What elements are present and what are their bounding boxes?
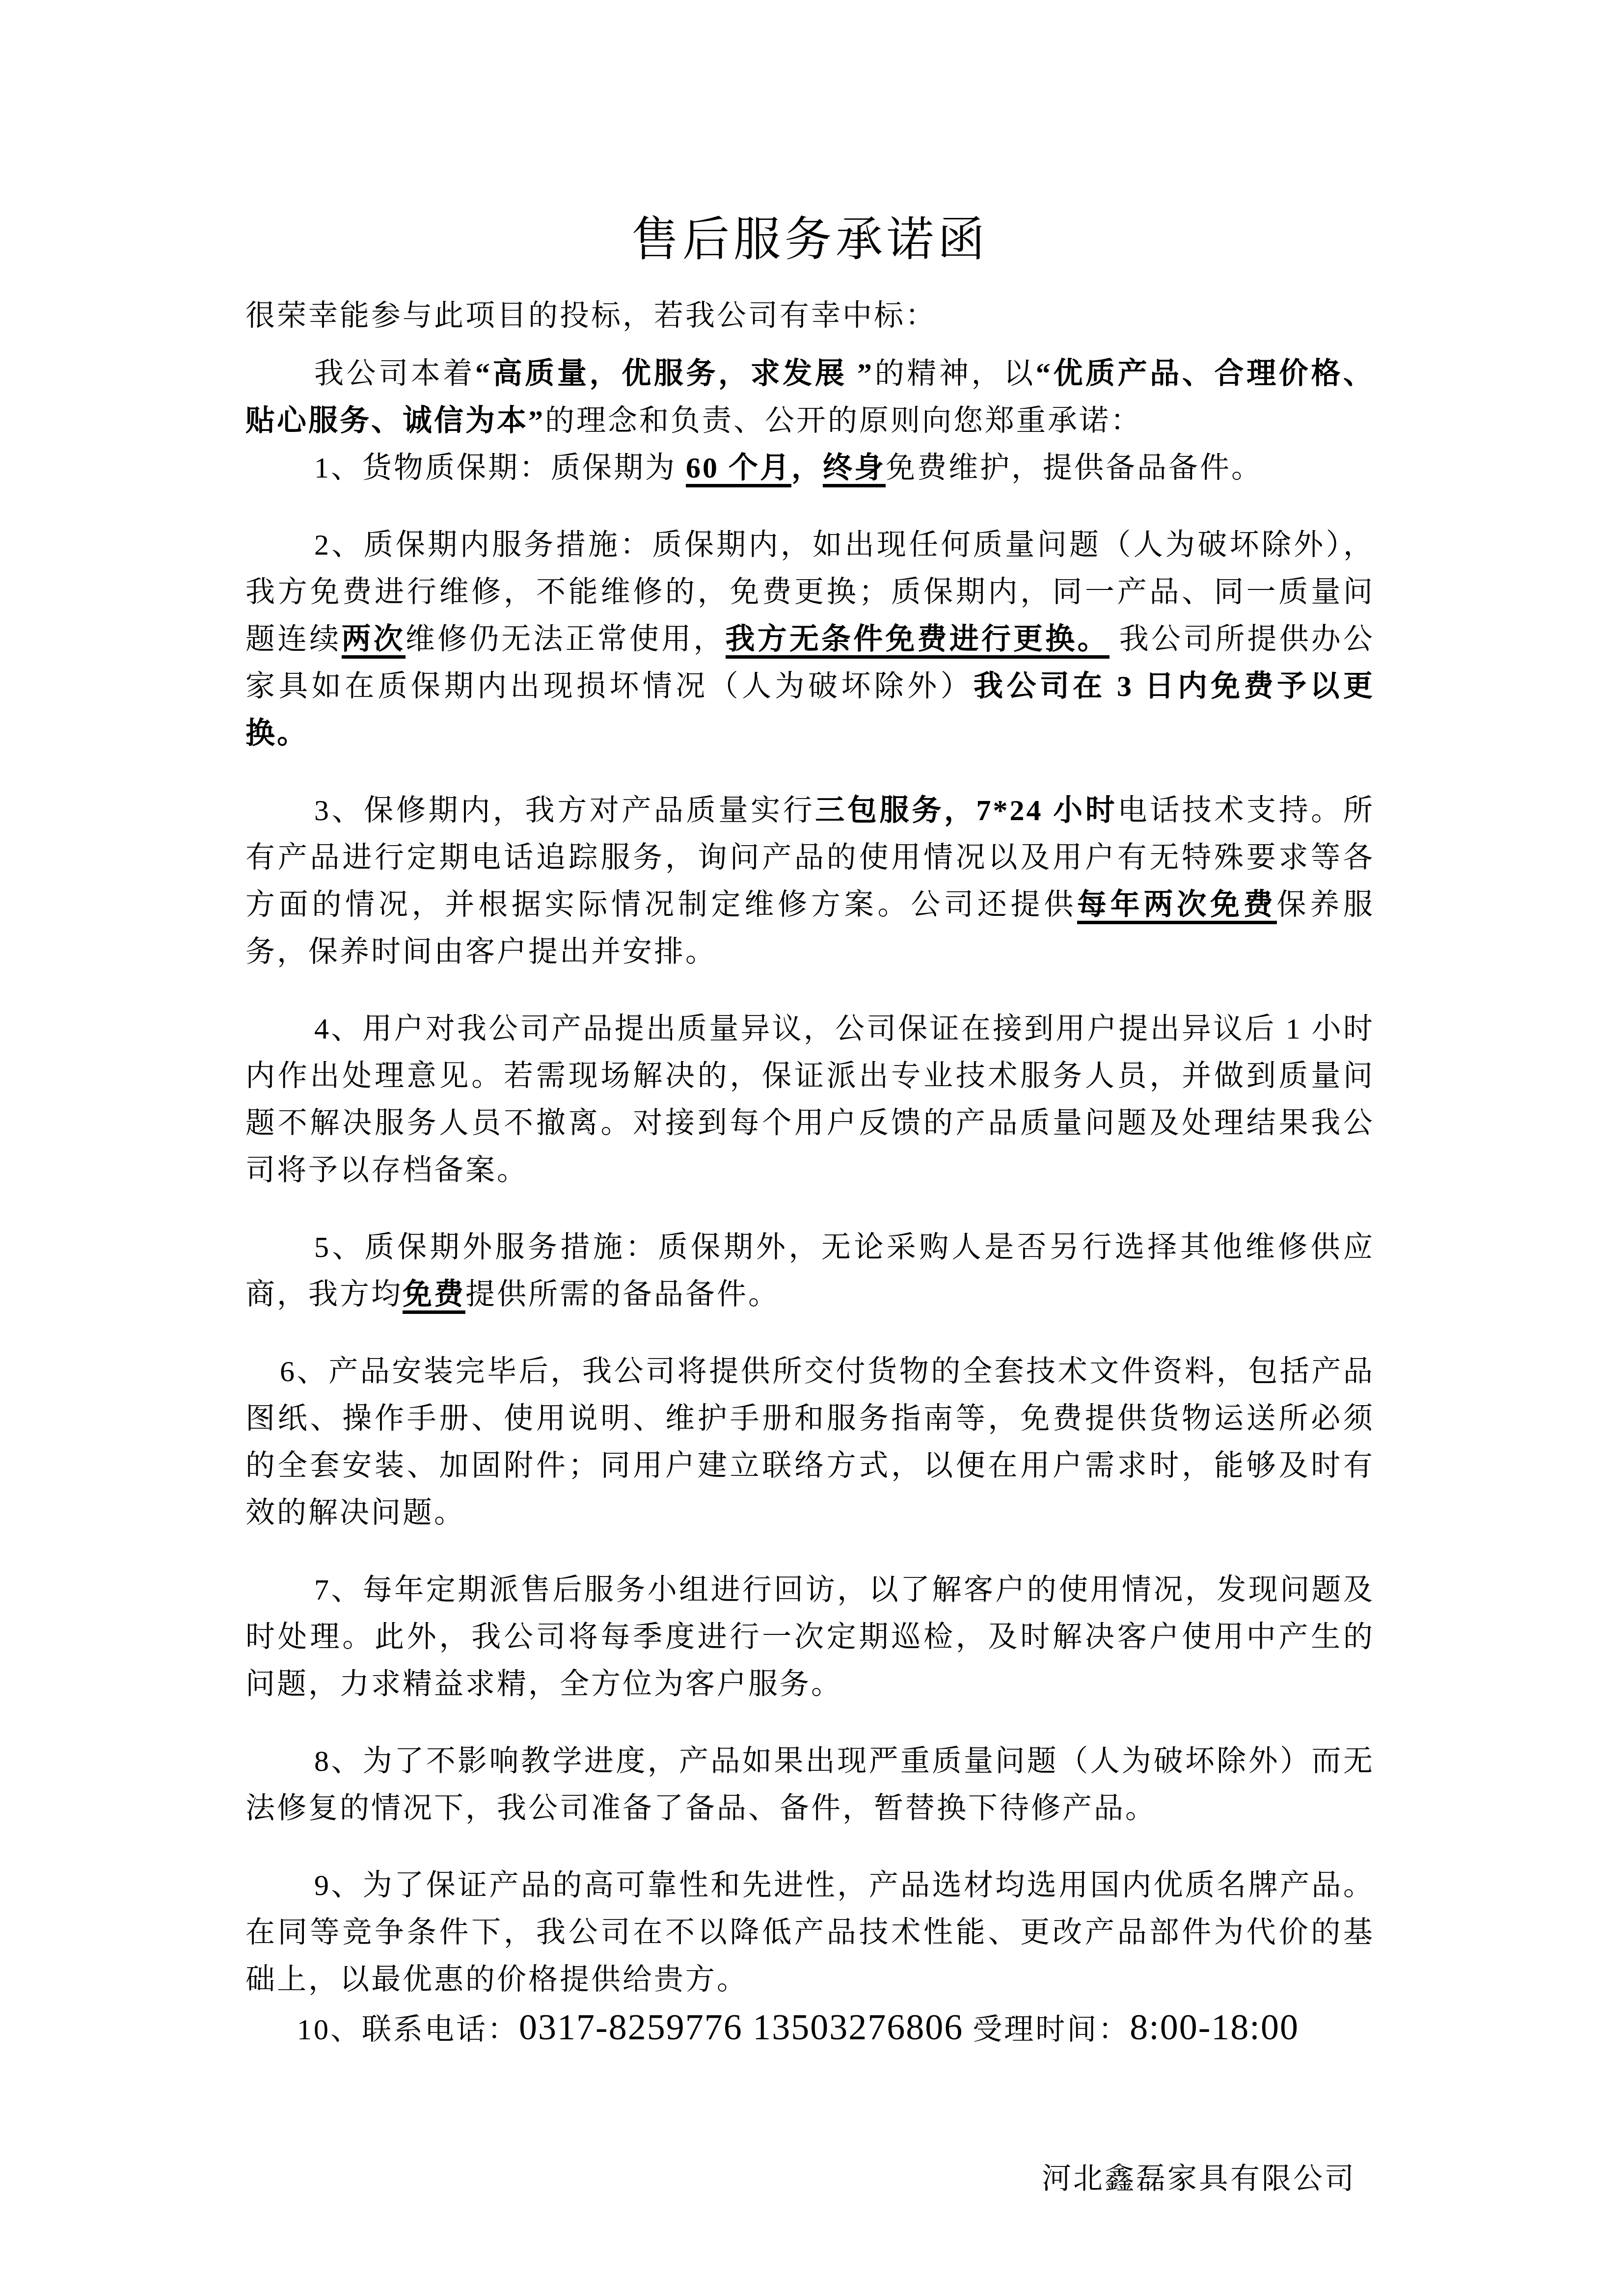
text-run: 很荣幸能参与此项目的投标，若我公司有幸中标：: [245, 299, 937, 332]
text-run: 7、每年定期派售后服务小组进行回访，以了解客户的使用情况，发现问题及时处理。此外…: [245, 1574, 1375, 1700]
text-run: 终身: [823, 452, 886, 487]
text-run: 10、联系电话：: [297, 2013, 519, 2046]
paragraph: 2、质保期内服务措施：质保期内，如出现任何质量问题（人为破坏除外），我方免费进行…: [245, 521, 1375, 757]
page-title: 售后服务承诺函: [245, 208, 1375, 271]
text-run: 维修仍无法正常使用，: [406, 623, 726, 655]
paragraph: 3、保修期内，我方对产品质量实行三包服务，7*24 小时电话技术支持。所有产品进…: [245, 787, 1375, 975]
document-page: 售后服务承诺函 很荣幸能参与此项目的投标，若我公司有幸中标：我公司本着“高质量，…: [0, 0, 1624, 2296]
text-run: 免费维护，提供备品备件。: [886, 452, 1263, 484]
paragraph: 很荣幸能参与此项目的投标，若我公司有幸中标：: [245, 292, 1375, 339]
text-run: 的精神，以: [874, 357, 1036, 390]
text-run: 免费: [403, 1278, 465, 1314]
text-run: 1、货物质保期：质保期为: [314, 452, 686, 484]
paragraph: 7、每年定期派售后服务小组进行回访，以了解客户的使用情况，发现问题及时处理。此外…: [245, 1566, 1375, 1708]
document-body: 很荣幸能参与此项目的投标，若我公司有幸中标：我公司本着“高质量，优服务，求发展 …: [245, 292, 1375, 2053]
text-run: 我方无条件免费进行更换。: [726, 623, 1110, 659]
text-run: 的理念和负责、公开的原则向您郑重承诺：: [545, 404, 1142, 437]
text-run: 每年两次免费: [1077, 888, 1277, 924]
text-run: 三包服务，7*24 小时: [815, 794, 1117, 827]
company-signature: 河北鑫磊家具有限公司: [245, 2155, 1375, 2202]
text-run: 3、保修期内，我方对产品质量实行: [314, 794, 815, 827]
paragraph: 5、质保期外服务措施：质保期外，无论采购人是否另行选择其他维修供应商，我方均免费…: [245, 1224, 1375, 1318]
text-run: 受理时间：: [963, 2013, 1130, 2046]
text-run: 4、用户对我公司产品提出质量异议，公司保证在接到用户提出异议后 1 小时内作出处…: [245, 1013, 1375, 1186]
paragraph: 4、用户对我公司产品提出质量异议，公司保证在接到用户提出异议后 1 小时内作出处…: [245, 1005, 1375, 1194]
text-run: 6、产品安装完毕后，我公司将提供所交付货物的全套技术文件资料，包括产品图纸、操作…: [245, 1355, 1375, 1529]
paragraph: 我公司本着“高质量，优服务，求发展 ”的精神，以“优质产品、合理价格、贴心服务、…: [245, 350, 1375, 444]
text-run: 9、为了保证产品的高可靠性和先进性，产品选材均选用国内优质名牌产品。在同等竞争条…: [245, 1869, 1375, 1996]
paragraph: 6、产品安装完毕后，我公司将提供所交付货物的全套技术文件资料，包括产品图纸、操作…: [245, 1348, 1375, 1536]
paragraph: 1、货物质保期：质保期为 60 个月，终身免费维护，提供备品备件。: [245, 444, 1375, 491]
text-run: 提供所需的备品备件。: [465, 1278, 780, 1310]
text-run: ，: [791, 452, 823, 484]
text-run: 8、为了不影响教学进度，产品如果出现严重质量问题（人为破坏除外）而无法修复的情况…: [245, 1745, 1375, 1824]
text-run: 我公司本着: [314, 357, 475, 390]
text-run: 60 个月: [686, 452, 791, 487]
paragraph: 10、联系电话：0317-8259776 13503276806 受理时间：8:…: [245, 2004, 1375, 2053]
text-run: “高质量，优服务，求发展 ”: [475, 357, 874, 390]
text-run: 两次: [342, 623, 406, 659]
paragraph: 8、为了不影响教学进度，产品如果出现严重质量问题（人为破坏除外）而无法修复的情况…: [245, 1737, 1375, 1832]
paragraph: 9、为了保证产品的高可靠性和先进性，产品选材均选用国内优质名牌产品。在同等竞争条…: [245, 1862, 1375, 2003]
text-run: 0317-8259776 13503276806: [519, 2007, 963, 2048]
text-run: 8:00-18:00: [1130, 2007, 1299, 2048]
